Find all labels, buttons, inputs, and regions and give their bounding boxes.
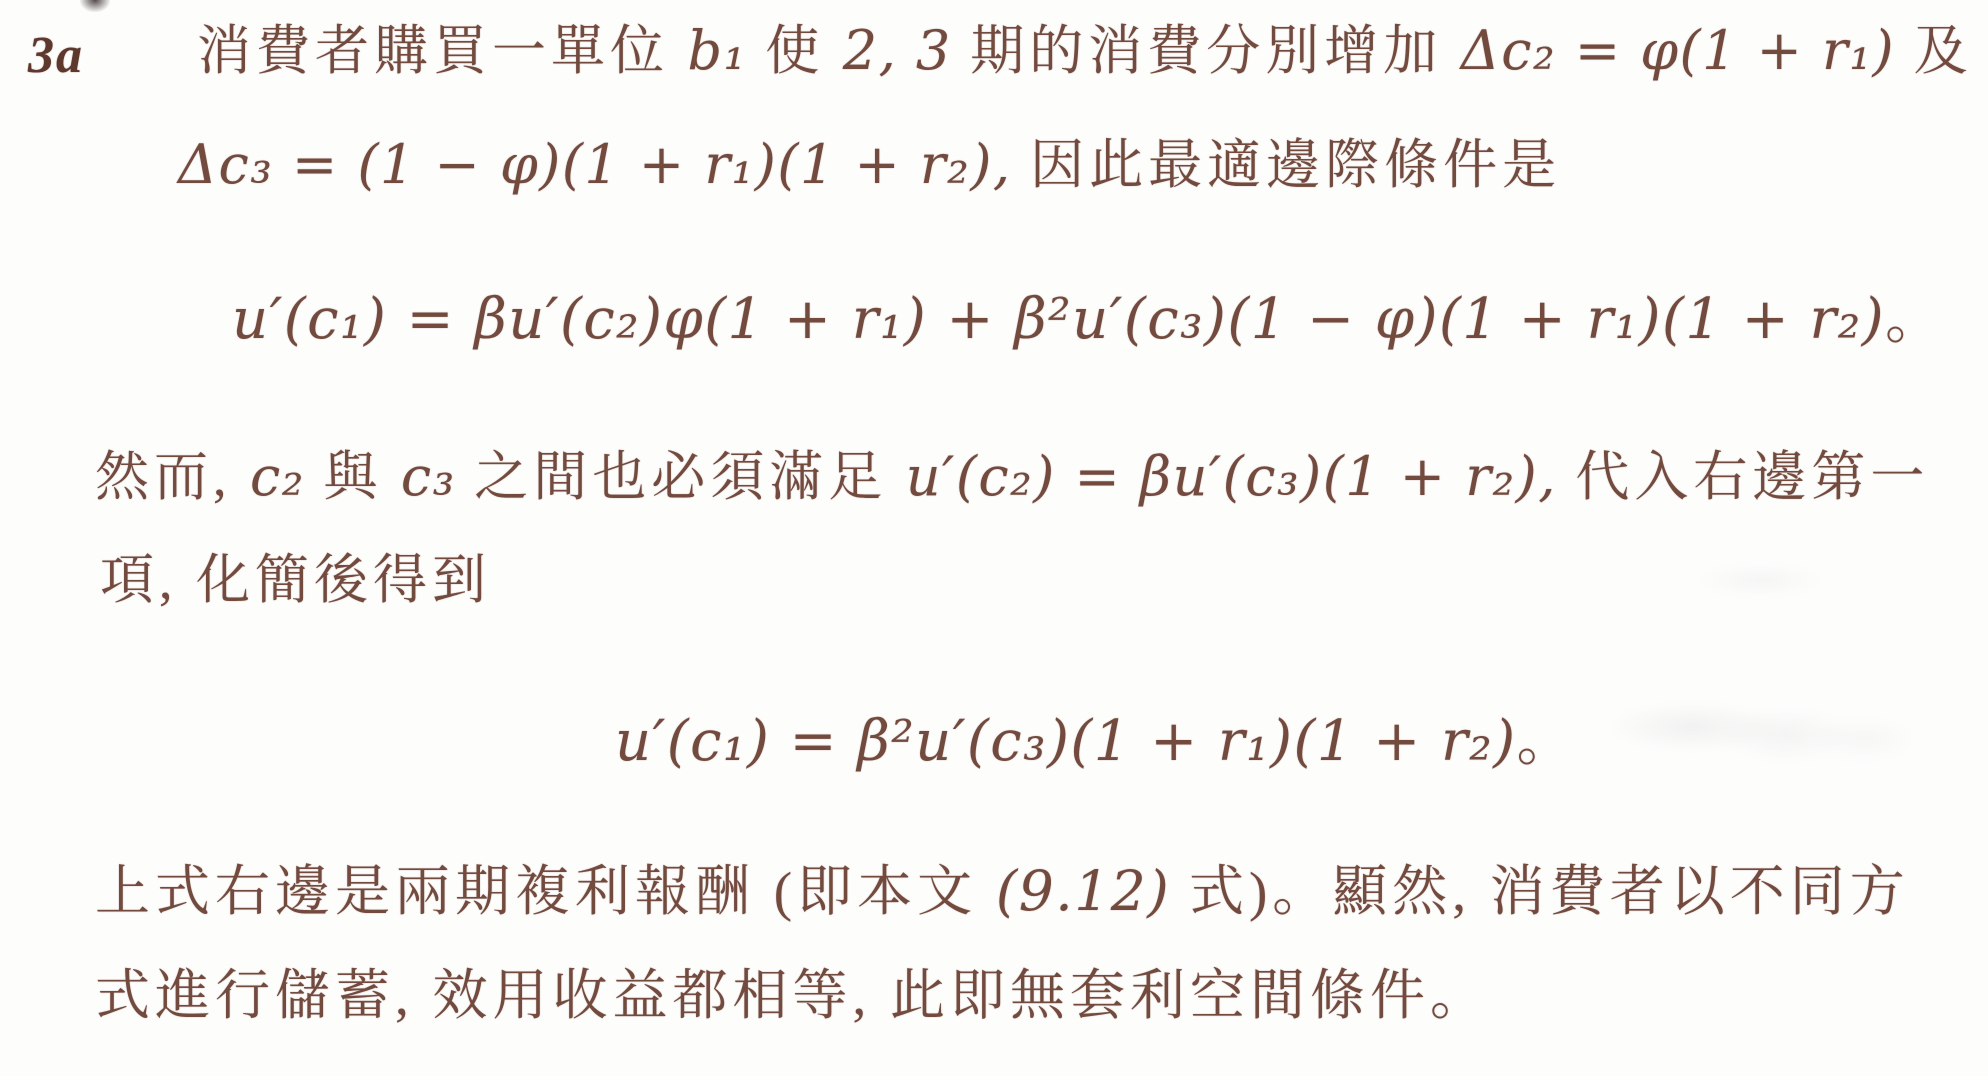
scan-edge-speck [80,0,110,12]
display-equation-1: u′(c₁) = βu′(c₂)φ(1 + r₁) + β²u′(c₃)(1 −… [232,292,1946,348]
text-segment: 使 [747,21,843,81]
math-segment: Δc₂ = φ(1 + r₁) [1461,19,1895,82]
text-segment: 與 [305,447,401,507]
math-segment: 2, 3 [843,19,952,82]
text-segment: 之間也必須滿足 [456,447,906,507]
paragraph3-line2: 式進行儲蓄, 效用收益都相等, 此即無套利空間條件。 [95,968,1490,1023]
math-segment: c₃ [401,445,456,508]
text-segment: 。 [1517,711,1578,773]
paragraph2-line1: 然而, c₂ 與 c₃ 之間也必須滿足 u′(c₂) = βu′(c₃)(1 +… [95,450,1929,504]
text-segment: 式)。顯然, 消費者以不同方 [1170,861,1910,922]
math-segment: b₁ [688,19,747,82]
math-segment: c₂ [250,445,305,508]
text-segment: 代入右邊第一 [1557,447,1930,507]
page-showthrough-smudge [1600,695,1910,775]
math-segment: (9.12) [996,859,1170,923]
paragraph1-line2: Δc₃ = (1 − φ)(1 + r₁)(1 + r₂), 因此最適邊際條件是 [178,138,1561,192]
text-segment: 項, 化簡後得到 [100,550,491,610]
text-segment: 。 [1885,289,1946,351]
paragraph2-line2: 項, 化簡後得到 [100,553,491,607]
text-segment: 消費者購買一單位 [197,21,688,81]
text-segment: 式進行儲蓄, 效用收益都相等, 此即無套利空間條件。 [95,965,1490,1026]
math-segment: u′(c₁) = βu′(c₂)φ(1 + r₁) + β²u′(c₃)(1 −… [232,287,1885,352]
page-showthrough-smudge [1660,555,1860,605]
text-segment: 及 [1895,21,1973,81]
problem-number-label: 3a [28,26,84,85]
paragraph3-line1: 上式右邊是兩期複利報酬 (即本文 (9.12) 式)。顯然, 消費者以不同方 [95,864,1910,919]
math-segment: u′(c₁) = β²u′(c₃)(1 + r₁)(1 + r₂) [615,709,1517,774]
paragraph1-line1: 消費者購買一單位 b₁ 使 2, 3 期的消費分別增加 Δc₂ = φ(1 + … [197,24,1973,78]
math-segment: Δc₃ = (1 − φ)(1 + r₁)(1 + r₂), [178,133,1012,196]
text-segment: 期的消費分別增加 [952,21,1461,81]
display-equation-2: u′(c₁) = β²u′(c₃)(1 + r₁)(1 + r₂)。 [615,714,1578,770]
text-segment: 上式右邊是兩期複利報酬 (即本文 [95,861,996,922]
text-segment: 因此最適邊際條件是 [1012,135,1562,195]
text-segment: 然而, [95,447,250,507]
scanned-document-page: 3a 消費者購買一單位 b₁ 使 2, 3 期的消費分別增加 Δc₂ = φ(1… [0,0,1988,1076]
math-segment: u′(c₂) = βu′(c₃)(1 + r₂), [906,445,1557,508]
